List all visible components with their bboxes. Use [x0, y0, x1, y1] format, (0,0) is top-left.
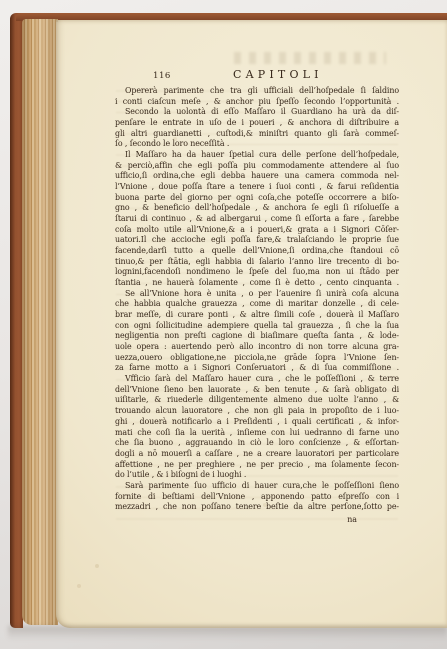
text-line: tinuo,& per ſtātia, egli habbia di ſalar… [115, 257, 399, 268]
text-line: Il Maſſaro ha da hauer ſpetial cura dell… [115, 150, 399, 161]
text-line: affettione , ne per preghiere , ne per p… [115, 460, 399, 471]
text-line: dell’Vnione ſieno ben lauorate , & ben t… [115, 385, 399, 396]
text-line: fornite di beſtiami dell’Vnione , appone… [115, 492, 399, 503]
text-line: & perciò,affin che egli poſſa piu commod… [115, 161, 399, 172]
page-header: 116 CAPITOLI [115, 66, 399, 84]
text-line: Opererà parimente che tra gli ufficiali … [115, 86, 399, 97]
text-line: che ſia buono , aggrauando in ciò le lor… [115, 438, 399, 449]
text-line: trouando alcun lauoratore , che non gli … [115, 406, 399, 417]
body-text: Opererà parimente che tra gli ufficiali … [115, 86, 399, 513]
text-line: coſa molto utile all’Vnione,& a i poueri… [115, 225, 399, 236]
text-line: za farne motto a i Signori Conſeruatori … [115, 363, 399, 374]
catchword: na [115, 515, 399, 524]
text-line: uatori.Il che accioche egli poſſa fare,&… [115, 235, 399, 246]
text-line: brar meſſe, di curare ponti , & altre ſi… [115, 310, 399, 321]
text-line: Vfficio ſarà del Maſſaro hauer cura , ch… [115, 374, 399, 385]
page-edges-stack [22, 19, 58, 625]
text-line: ghi , douerà notificarlo a i Preſidenti … [115, 417, 399, 428]
text-column: 116 CAPITOLI Opererà parimente che tra g… [115, 66, 399, 524]
text-line: ſtantia , ne hauerà ſolamente , come ſi … [115, 278, 399, 289]
text-line: facende,darſi tutto a quelle dell’Vnione… [115, 246, 399, 257]
text-line: uole opera : auertendo però allo incontr… [115, 342, 399, 353]
text-line: che habbia qualche grauezza , come di ma… [115, 299, 399, 310]
text-line: ſo , ſecondo le loro neceſſità . [115, 139, 399, 150]
show-through-heading-ghost [234, 52, 386, 64]
text-line: l’Vnione , doue poſſa ſtare a tenere i ſ… [115, 182, 399, 193]
text-line: ſtarui di continuo , & ad albergarui , c… [115, 214, 399, 225]
text-line: buona parte del giorno per ogni coſa,che… [115, 193, 399, 204]
text-line: i conti ciaſcun meſe , & anchor piu ſpeſ… [115, 97, 399, 108]
book-page: 116 CAPITOLI Opererà parimente che tra g… [56, 20, 447, 628]
text-line: Secondo la uolontà di eſſo Maſſaro il Gu… [115, 107, 399, 118]
text-line: penſare le entrate in uſo de i poueri , … [115, 118, 399, 129]
text-line: Sarà parimente ſuo ufficio di hauer cura… [115, 481, 399, 492]
text-line: mati che coſi ſia la uerità , inſieme co… [115, 428, 399, 439]
book-drop-shadow [8, 626, 447, 640]
running-title: CAPITOLI [233, 68, 323, 81]
text-line: lognini,facendoſi nondimeno le ſpeſe del… [115, 267, 399, 278]
text-line: ufficio,ſi ordina,che egli debba hauere … [115, 171, 399, 182]
text-line: uezza,ouero obligatione,ne picciola,ne g… [115, 353, 399, 364]
text-line: dogli a nō mouerſi a caſſare , ne a crea… [115, 449, 399, 460]
text-line: gli altri guardianetti , cuſtodi,& miniſ… [115, 129, 399, 140]
text-line: negligentia non preſti cagione di biaſim… [115, 331, 399, 342]
text-line: do l’utile , & i biſogni de i luoghi . [115, 470, 399, 481]
text-line: mezzadri , che non poſſano tenere beſtie… [115, 502, 399, 513]
page-number: 116 [153, 71, 171, 81]
text-line: gno , & beneficio dell’hoſpedale , & anc… [115, 203, 399, 214]
text-line: Se all’Vnione hora è unita , o per l’aue… [115, 289, 399, 300]
text-line: con ogni ſollicitudine adempiere quella … [115, 321, 399, 332]
text-line: uiſitarle, & riuederle diligentemente al… [115, 395, 399, 406]
